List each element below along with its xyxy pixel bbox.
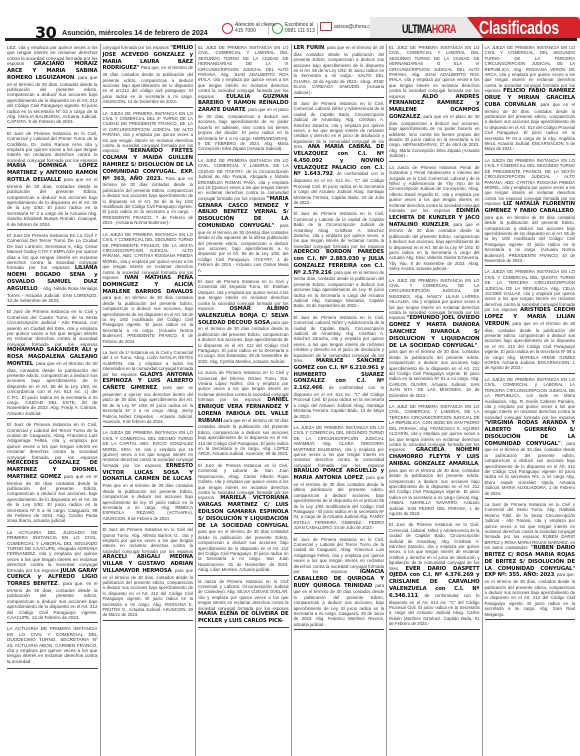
notice-body: la Jueza de Primera Instancia en lo Civi… — [198, 579, 289, 611]
legal-notice: La Juez de 1º Instancia en lo Civil y Co… — [103, 349, 194, 427]
phone-icon — [222, 23, 233, 34]
notice-body: El Juez de Primera Instancia en lo Civil… — [7, 422, 98, 459]
notice-body: LA JUEZ DE PRIMERA INSTANCIA EN LO CIVIL… — [198, 158, 289, 201]
legal-notice: EL JUEZ DE PRIMERA INSTANCIA EN LO CIVIL… — [389, 44, 480, 162]
legal-notice: El Juez de Primera Instancia en lo Civil… — [294, 100, 385, 208]
legal-notice: conyugal formada por los esposos "EMILIO… — [103, 44, 194, 108]
legal-notice: El Juez de Primera Instancia en lo Civil… — [294, 314, 385, 422]
notice-body: , para que en el término de 30 días, con… — [7, 75, 98, 125]
notice-body: LA JUEZA DE PRIMERA INSTANCIA EN LO CIVI… — [294, 425, 385, 468]
whatsapp-icon — [272, 23, 283, 34]
legal-notice: LA JUEZA DE PRIMERA INSTANCIA EN LO CIVI… — [485, 268, 576, 373]
divider — [268, 23, 269, 35]
mail-icon — [320, 22, 332, 31]
legal-notice: LA JUEZA DE PRIMERA INSTANCIA EN LO CIVI… — [103, 110, 194, 229]
notice-body: , para que el término de 30 días contado… — [389, 222, 480, 272]
header-rule — [5, 38, 577, 41]
notice-body: , para que, en el término de 30 días, co… — [485, 572, 576, 616]
notice-body: El Juez de Primera Instancia en lo Civil… — [294, 211, 385, 248]
notice-body: para que en el término de 30 días contad… — [7, 474, 98, 524]
notice-body: LA JUEZ DE PRIMERA INSTANCIA EN LO CIVIL… — [389, 404, 480, 452]
notice-body: , para que en el término de 30 días, con… — [7, 361, 98, 416]
notice-body: LA JUEZA DE PRIMERA INSTANCIA EN LO CIVI… — [485, 269, 576, 312]
contact-whatsapp[interactable]: Escribinos al0981 111 013 — [272, 22, 315, 34]
legal-notice: LA JUEZA DE PRIMERA INSTANCIA EN LO CIVI… — [485, 44, 576, 155]
legal-notice: La ACTUARIA DEL JUZGADO DE PRIMERA INSTA… — [7, 529, 98, 624]
notice-body: para que en el término de 30 días contad… — [294, 583, 385, 627]
notice-body: La ACTUARIA DEL JUZGADO DE PRIMERA INSTA… — [7, 530, 98, 573]
legal-notice: La Jueza de Primera Instancia en lo Civi… — [198, 369, 289, 460]
notice-body: , para que en el término de 30 (treinta)… — [198, 223, 289, 273]
notice-body: , para que en el plazo de 30 días, compa… — [198, 107, 289, 151]
legal-notice: El Juez De Primera Instancia En Lo Civil… — [7, 232, 98, 306]
notice-body: Para que en término de 30 días contados … — [103, 176, 194, 226]
notice-body: ., para que, en el término de 30 días, c… — [7, 581, 98, 620]
notice-body: LA ACTUARIA DE PRIMERA INSTANCIA EN LO C… — [7, 626, 98, 663]
notice-body: ., para que en el término de 30 días, co… — [389, 343, 480, 398]
legal-notice: LA JUEZA DE PRIMERA INSTANCIA EN LO CIVI… — [103, 231, 194, 347]
notice-body: , para que en el término de 30 días, con… — [103, 568, 194, 618]
notice-body: EL JUEZ DE PRIMERA INSTANCIA EN LO CIVIL… — [198, 45, 289, 99]
notice-body: , para que en el término de 30 días, con… — [485, 441, 576, 496]
legal-notice: LA JUEZ DE PRIMERA INSTANCIA EN LO CIVIL… — [389, 403, 480, 519]
publication-date: Asunción, miércoles 14 de febrero de 202… — [62, 28, 208, 37]
legal-notice: la Jueza de Primera Instancia en lo Civi… — [198, 578, 289, 628]
notice-body: para que en el término de 30 días, conta… — [7, 177, 98, 227]
notice-names: LER FURIN — [294, 45, 325, 51]
contact-value: 0981 111 013 — [285, 28, 315, 34]
notice-body: para que en el término de 30 días contad… — [198, 320, 289, 364]
legal-notice: EL JUEZ DE PRIMERA INSTANCIA EN LO CIVIL… — [198, 44, 289, 155]
notice-body: La Juez de Primera Instancia en lo Civil… — [485, 502, 576, 550]
notice-body: La Jueza de Primera Instancia Penal de G… — [389, 165, 480, 213]
notice-body: Para que, en el término de 30 días conta… — [103, 65, 194, 104]
notice-body: , para que, en término de 30 días contad… — [485, 208, 576, 263]
column-1: LEZ, cita y emplaza por quince veces a l… — [5, 44, 101, 756]
notice-body: El Juez de Primera Instancia en lo Civil… — [103, 527, 194, 554]
notice-body: para que en el término de 30 días contad… — [198, 418, 289, 457]
notice-body: EL JUEZ DE PRIMERA INSTANCIA EN LO CIVIL… — [389, 45, 480, 99]
legal-notice: El Juez de Primera Instancia en lo Civil… — [7, 421, 98, 526]
notice-body: , para que en el término de 30 días cont… — [294, 475, 385, 530]
column-2: conyugal formada por los esposos "EMILIO… — [101, 44, 197, 756]
notice-body: , para que en el término de 30 días cont… — [294, 45, 385, 95]
legal-notice: El Juez de Primera Instancia en lo Civil… — [103, 526, 194, 621]
legal-notice: El Juez de Primera Instancia en lo Civil… — [198, 462, 289, 576]
section-title: Clasificados — [479, 18, 559, 39]
legal-notice: El Juez de Primera Instancia en lo Civil… — [389, 521, 480, 629]
notice-body: , para que en el término de 30 días, con… — [485, 102, 576, 152]
notice-body: LA JUEZA DE PRIMERA INSTANCIA EN LO CIVI… — [103, 232, 194, 280]
legal-notice: LER FURIN, para que en el término de 30 … — [294, 44, 385, 98]
divider — [317, 23, 318, 35]
legal-notice: LA JUEZA DE PRIMERA INSTANCIA EN LO CIVI… — [485, 376, 576, 499]
legal-notice: LA JUEZA DE PRIMERA INSTANCIA EN LO CIVI… — [294, 424, 385, 534]
notice-body: LA JUEZA DE PRIMERA INSTANCIA EN LO CIVI… — [485, 377, 576, 420]
legal-notice: LA JUEZ DE PRIMERA INSTANCIA EN LO CIVIL… — [389, 277, 480, 401]
legal-notice: LA ACTUARIA DE PRIMERA INSTANCIA EN LO C… — [7, 625, 98, 668]
notice-body: El Juez de Primera Instancia en lo Civil… — [294, 315, 385, 363]
notice-body: para que, en término de 30 días contados… — [103, 295, 194, 343]
contact-value: 415 7000 — [235, 28, 256, 34]
legal-notice: El Juez de Primera Instancia en lo Civil… — [7, 308, 98, 419]
notice-body: . Para que en el término de 30 días cont… — [103, 476, 194, 520]
brand-logo: ULTIMAHORA — [402, 22, 456, 36]
legal-notice: El Juez de Primera Instancia en lo Civil… — [294, 536, 385, 631]
column-5: EL JUEZ DE PRIMERA INSTANCIA EN LO CIVIL… — [387, 44, 483, 756]
notice-body: El Juez de Primera Instancia en lo Civil… — [294, 101, 385, 149]
notice-body: El Juez de Primera Instancia en lo Civil… — [389, 522, 480, 570]
legal-notice: La Juez de Primera Instancia en lo Civil… — [485, 501, 576, 620]
legal-notice: LA JUEZA DE PRIMERA INSTANCIA EN LO CIVI… — [485, 157, 576, 267]
legal-notice: La Jueza de Primera Instancia Penal de G… — [389, 164, 480, 275]
notice-body: , para que en el término de 30 días, con… — [389, 461, 480, 516]
notice-body: , para que en el término de treinta días… — [294, 270, 385, 309]
page-header: 30 Asunción, miércoles 14 de febrero de … — [0, 0, 580, 38]
notice-body: , para que en el plazo de 30 días, compa… — [389, 114, 480, 158]
notice-body: LA JUEZA DE PRIMERA INSTANCIA EN LO CIVI… — [485, 158, 576, 206]
notice-body: LA JUEZ DE PRIMERA INSTANCIA EN LO CIVIL… — [389, 278, 480, 321]
notice-names: MARIA ELENA DE OLIVEIRA DE PICKLER y LUI… — [198, 611, 289, 624]
notice-body: LA JUEZA DE PRIMERA INSTANCIA EN LO CIVI… — [485, 45, 576, 93]
notice-body: El Juez de Primera Instancia en lo Civil… — [7, 131, 98, 163]
legal-notice: LA JUEZ DE PRIMERA INSTANCIA EN LO CIVIL… — [198, 157, 289, 276]
legal-notice: El Juez de Primera Instancia en lo Civil… — [198, 278, 289, 367]
legal-notice: LA JUEZA DE PRIMERA INSTANCIA EN LO CIVI… — [103, 429, 194, 524]
legal-notice: El Juez de Primera Instancia en lo Civil… — [7, 130, 98, 230]
column-3: EL JUEZ DE PRIMERA INSTANCIA EN LO CIVIL… — [196, 44, 292, 756]
legal-notice: El Juez de Primera Instancia en lo Civil… — [294, 210, 385, 311]
notice-body: El Juez de Primera Instancia en lo Civil… — [7, 309, 98, 346]
legal-notice: LEZ, cita y emplaza por quince veces a l… — [7, 44, 98, 128]
notice-body: , para que se presenten a ejercer sus de… — [103, 385, 194, 424]
column-4: LER FURIN, para que en el término de 30 … — [292, 44, 388, 756]
classifieds-columns: LEZ, cita y emplaza por quince veces a l… — [5, 44, 577, 756]
notice-body: conyugal formada por los esposos — [103, 45, 171, 50]
notice-body: LA JUEZA DE PRIMERA INSTANCIA EN LO CIVI… — [103, 111, 194, 154]
notice-body: , para que en el término de 30 días, con… — [485, 321, 576, 371]
notice-body: para que en el término de 30 días contad… — [198, 529, 289, 572]
column-6: LA JUEZA DE PRIMERA INSTANCIA EN LO CIVI… — [483, 44, 578, 756]
